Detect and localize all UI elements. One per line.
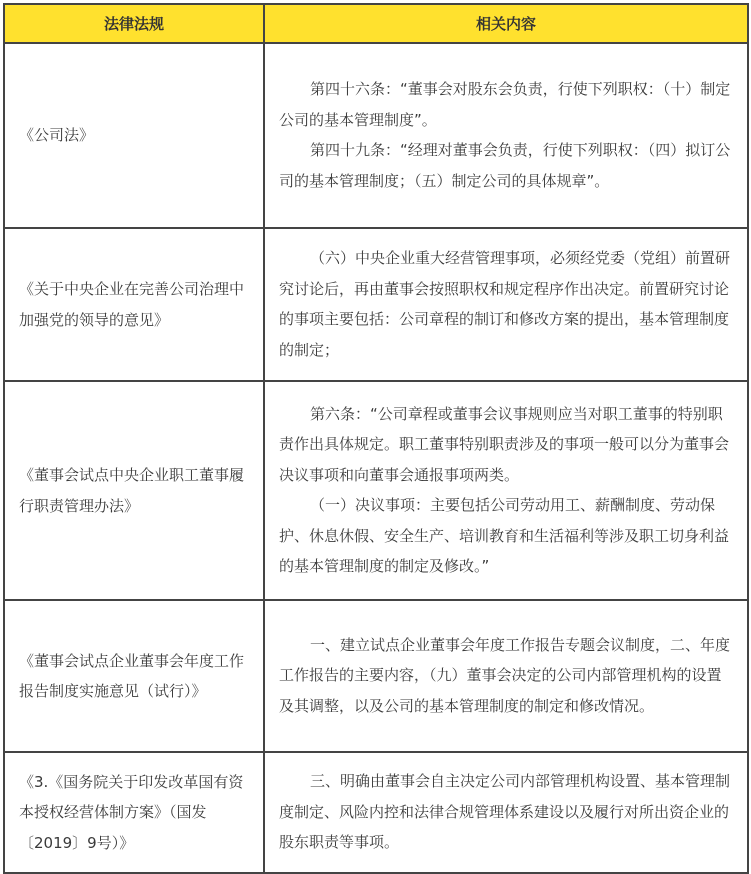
content-cell: 三、明确由董事会自主决定公司内部管理机构设置、基本管理制度制定、风险内控和法律合… <box>264 752 748 832</box>
content-cell: 第六条：“公司章程或董事会议事规则应当对职工董事的特别职责作出具体规定。职工董事… <box>264 381 748 600</box>
content-cell: 一、建立试点企业董事会年度工作报告专题会议制度，二、年度工作报告的主要内容，（九… <box>264 600 748 752</box>
content-paragraph: 第六条：“公司章程或董事会议事规则应当对职工董事的特别职责作出具体规定。职工董事… <box>279 399 735 491</box>
table-row: 《3.《国务院关于印发改革国有资本授权经营体制方案》（国发〔2019〕9号）》 … <box>4 752 748 832</box>
regulations-table-container: 法律法规 相关内容 《公司法》 第四十六条：“董事会对股东会负责，行使下列职权：… <box>3 3 747 832</box>
regulations-table: 法律法规 相关内容 《公司法》 第四十六条：“董事会对股东会负责，行使下列职权：… <box>3 3 749 832</box>
content-paragraph: 一、建立试点企业董事会年度工作报告专题会议制度，二、年度工作报告的主要内容，（九… <box>279 630 735 722</box>
content-paragraph: 三、明确由董事会自主决定公司内部管理机构设置、基本管理制度制定、风险内控和法律合… <box>279 766 735 832</box>
content-paragraph: 第四十六条：“董事会对股东会负责，行使下列职权：（十）制定公司的基本管理制度”。 <box>279 74 735 135</box>
law-cell: 《关于中央企业在完善公司治理中加强党的领导的意见》 <box>4 228 264 381</box>
table-row: 《董事会试点企业董事会年度工作报告制度实施意见（试行）》 一、建立试点企业董事会… <box>4 600 748 752</box>
column-header-law: 法律法规 <box>4 4 264 43</box>
table-row: 《公司法》 第四十六条：“董事会对股东会负责，行使下列职权：（十）制定公司的基本… <box>4 43 748 228</box>
content-cell: 第四十六条：“董事会对股东会负责，行使下列职权：（十）制定公司的基本管理制度”。… <box>264 43 748 228</box>
table-header-row: 法律法规 相关内容 <box>4 4 748 43</box>
content-paragraph: （一）决议事项：主要包括公司劳动用工、薪酬制度、劳动保护、休息休假、安全生产、培… <box>279 490 735 582</box>
law-cell: 《董事会试点中央企业职工董事履行职责管理办法》 <box>4 381 264 600</box>
law-cell: 《3.《国务院关于印发改革国有资本授权经营体制方案》（国发〔2019〕9号）》 <box>4 752 264 832</box>
law-cell: 《公司法》 <box>4 43 264 228</box>
table-row: 《关于中央企业在完善公司治理中加强党的领导的意见》 （六）中央企业重大经营管理事… <box>4 228 748 381</box>
content-cell: （六）中央企业重大经营管理事项，必须经党委（党组）前置研究讨论后，再由董事会按照… <box>264 228 748 381</box>
column-header-content: 相关内容 <box>264 4 748 43</box>
law-cell: 《董事会试点企业董事会年度工作报告制度实施意见（试行）》 <box>4 600 264 752</box>
table-row: 《董事会试点中央企业职工董事履行职责管理办法》 第六条：“公司章程或董事会议事规… <box>4 381 748 600</box>
content-paragraph: 第四十九条：“经理对董事会负责，行使下列职权：（四）拟订公司的基本管理制度；（五… <box>279 135 735 196</box>
content-paragraph: （六）中央企业重大经营管理事项，必须经党委（党组）前置研究讨论后，再由董事会按照… <box>279 243 735 365</box>
